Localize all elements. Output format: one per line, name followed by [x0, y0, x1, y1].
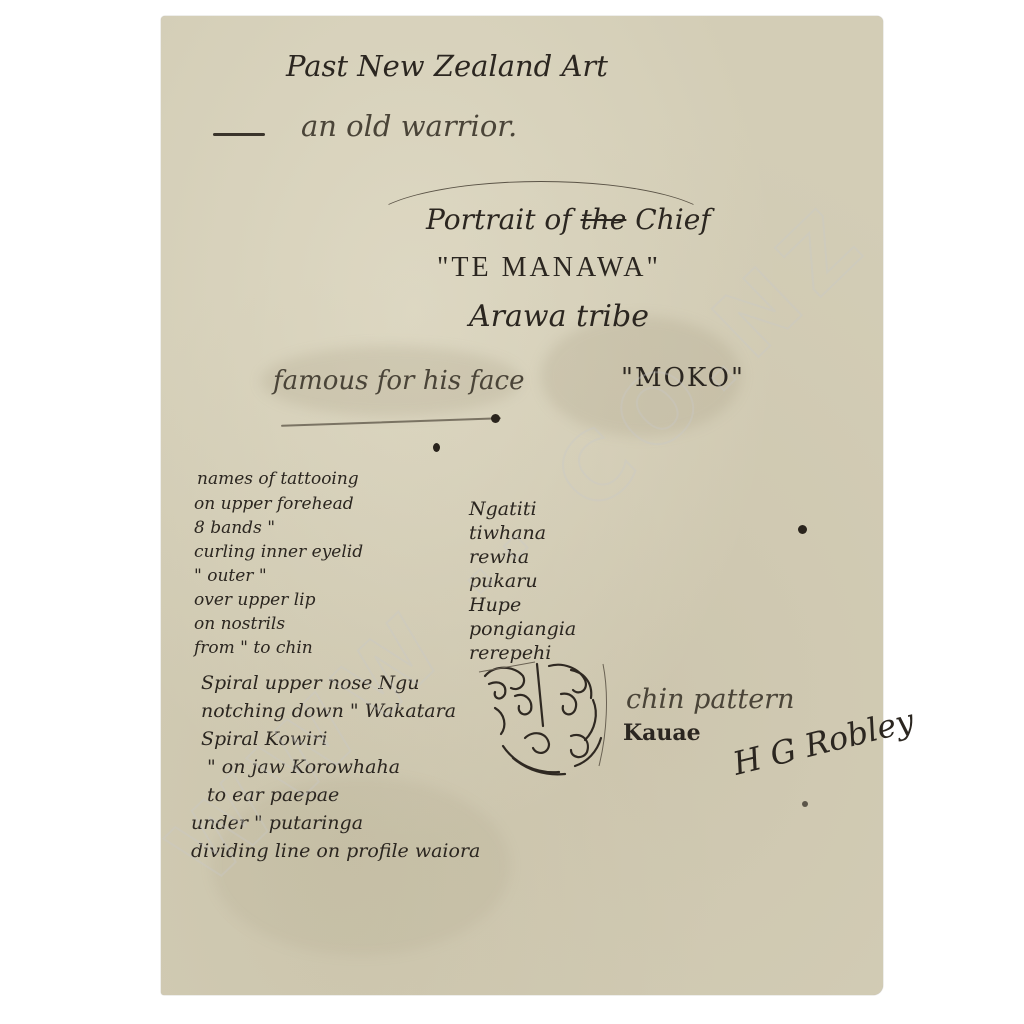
portrait-line: Portrait of the Chief [426, 206, 711, 234]
struck-word: the [581, 203, 627, 236]
tattoo-location: " outer " [194, 568, 267, 585]
tattoo-list-header: names of tattooing [197, 471, 359, 488]
ink-blot [491, 414, 500, 423]
list-item: Spiral Kowiri [201, 730, 490, 758]
list-item: under " putaringa [191, 814, 480, 842]
lower-tattoo-list: Spiral upper nose Ngu notching down " Wa… [177, 674, 466, 870]
moko-text: "MOKO" [621, 365, 745, 391]
tattoo-location: 8 bands " [194, 520, 275, 537]
ink-blot [433, 443, 440, 452]
chin-pattern-label: chin pattern [626, 686, 794, 713]
tattoo-location: on nostrils [194, 616, 285, 633]
tattoo-term: pukaru [469, 572, 538, 591]
artist-signature: H G Robley [730, 704, 917, 780]
faint-pen-stroke [281, 417, 501, 427]
manuscript-page: Past New Zealand Art an old warrior. Por… [161, 16, 883, 995]
list-item: to ear paepae [207, 786, 496, 814]
tattoo-term: rewha [469, 548, 529, 567]
heading-subtitle: an old warrior. [301, 112, 517, 141]
portrait-prefix: Portrait of [426, 203, 572, 236]
famous-for-text: famous for his face [273, 368, 525, 394]
heading-dash [213, 133, 265, 136]
tattoo-location: over upper lip [194, 592, 316, 609]
tattoo-location: curling inner eyelid [194, 544, 363, 561]
chief-name: "TE MANAWA" [437, 254, 661, 282]
tattoo-location: on upper forehead [194, 496, 354, 513]
tattoo-term: pongiangia [469, 620, 576, 639]
ink-blot [802, 801, 808, 807]
tattoo-term: Hupe [469, 596, 521, 615]
tattoo-term: tiwhana [469, 524, 546, 543]
tattoo-location: from " to chin [194, 640, 313, 657]
list-item: Spiral upper nose Ngu [201, 674, 490, 702]
tattoo-term: Ngatiti [469, 500, 537, 519]
heading-title: Past New Zealand Art [286, 52, 608, 81]
tribe-name: Arawa tribe [469, 302, 649, 332]
list-item: dividing line on profile waiora [191, 842, 480, 870]
chin-moko-sketch [475, 654, 615, 784]
chin-pattern-name: Kauae [623, 722, 701, 744]
list-item: notching down " Wakatara [201, 702, 490, 730]
portrait-suffix: Chief [635, 203, 710, 236]
ink-blot [798, 525, 807, 534]
list-item: " on jaw Korowhaha [207, 758, 496, 786]
